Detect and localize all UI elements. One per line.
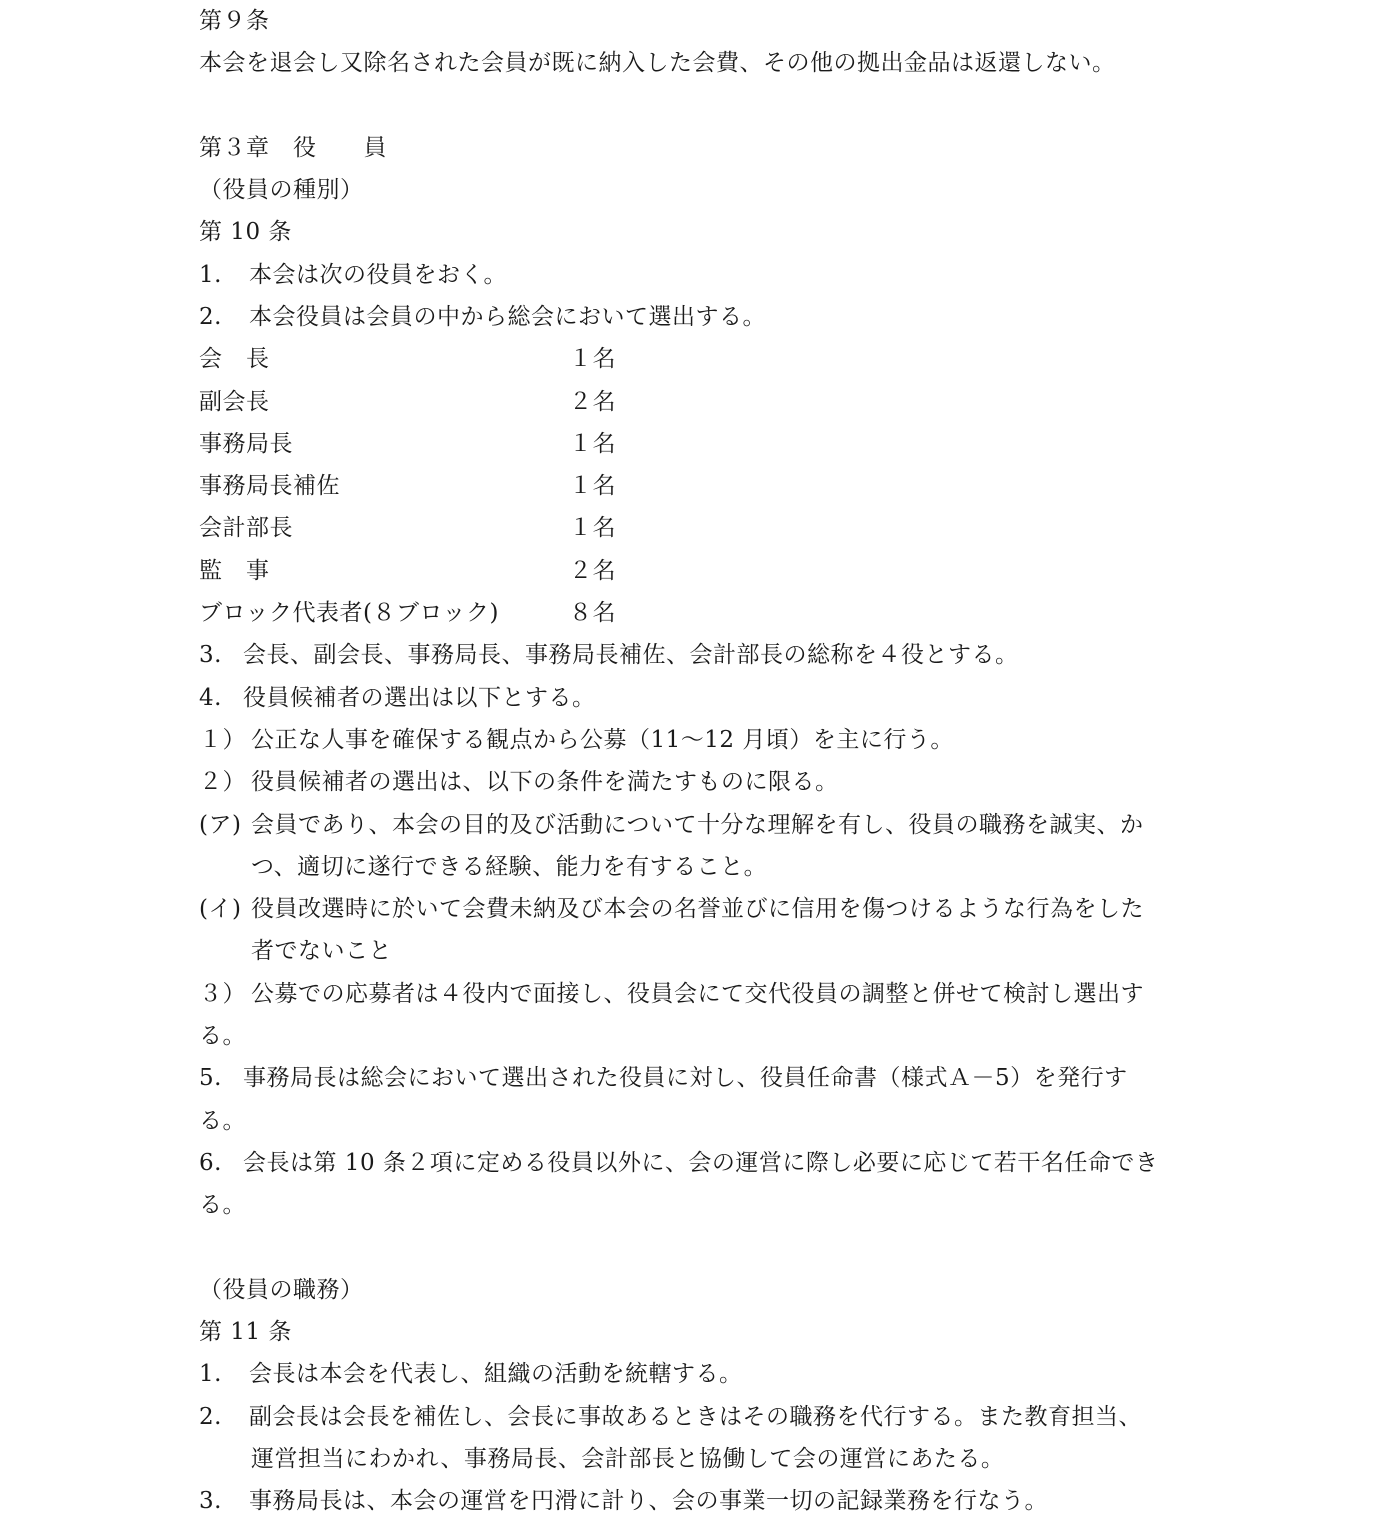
article-11-item-3: 3.事務局長は、本会の運営を円滑に計り、会の事業一切の記録業務を行なう。	[199, 1480, 1048, 1522]
role-row: 監 事２名	[199, 550, 616, 592]
role-name: 副会長	[199, 381, 569, 423]
role-row: 副会長２名	[199, 381, 616, 423]
role-count: １名	[569, 431, 616, 457]
article-9-text: 本会を退会し又除名された会員が既に納入した会費、その他の拠出金品は返還しない。	[199, 42, 1116, 84]
item-number: 1.	[199, 254, 249, 296]
article-11-item-1: 1.会長は本会を代表し、組織の活動を統轄する。	[199, 1353, 743, 1395]
article-10-caption: （役員の種別）	[199, 169, 364, 211]
article-10-item-4: 4.役員候補者の選出は以下とする。	[199, 677, 596, 719]
role-row: 事務局長１名	[199, 423, 616, 465]
article-10-sub-3-continued: る。	[199, 1015, 246, 1057]
condition-text: 会員であり、本会の目的及び活動について十分な理解を有し、役員の職務を誠実、か	[251, 812, 1144, 838]
article-11-item-2-continued: 運営担当にわかれ、事務局長、会計部長と協働して会の運営にあたる。	[199, 1438, 1004, 1480]
article-10-heading: 第 10 条	[199, 211, 292, 253]
item-text: 事務局長は総会において選出された役員に対し、役員任命書（様式Ａ－5）を発行す	[243, 1065, 1128, 1091]
sub-number: ３）	[199, 973, 251, 1015]
item-text: 副会長は会長を補佐し、会長に事故あるときはその職務を代行する。また教育担当、	[249, 1404, 1142, 1430]
item-number: 2.	[199, 296, 249, 338]
article-9-heading: 第９条	[199, 0, 270, 42]
item-number: 4.	[199, 677, 243, 719]
item-text: 会長は本会を代表し、組織の活動を統轄する。	[249, 1361, 743, 1387]
article-10-item-3: 3.会長、副会長、事務局長、事務局長補佐、会計部長の総称を４役とする。	[199, 634, 1019, 676]
article-10-item-6: 6.会長は第 10 条２項に定める役員以外に、会の運営に際し必要に応じて若干名任…	[199, 1142, 1158, 1184]
sub-number: １）	[199, 719, 251, 761]
item-number: 3.	[199, 634, 243, 676]
condition-a: (ア)会員であり、本会の目的及び活動について十分な理解を有し、役員の職務を誠実、…	[199, 804, 1144, 846]
item-text: 会長、副会長、事務局長、事務局長補佐、会計部長の総称を４役とする。	[243, 642, 1019, 668]
condition-i: (イ)役員改選時に於いて会費未納及び本会の名誉並びに信用を傷つけるような行為をし…	[199, 888, 1144, 930]
role-name: 会計部長	[199, 507, 569, 549]
item-number: 2.	[199, 1396, 249, 1438]
condition-label: (ア)	[199, 804, 251, 846]
article-10-item-2: 2.本会役員は会員の中から総会において選出する。	[199, 296, 766, 338]
role-row: 事務局長補佐１名	[199, 465, 616, 507]
role-count: １名	[569, 473, 616, 499]
sub-number: ２）	[199, 761, 251, 803]
condition-i-continued: 者でないこと	[199, 930, 392, 972]
article-10-item-6-continued: る。	[199, 1184, 246, 1226]
role-count: ２名	[569, 558, 616, 584]
article-10-item-5: 5.事務局長は総会において選出された役員に対し、役員任命書（様式Ａ－5）を発行す	[199, 1057, 1128, 1099]
role-name: ブロック代表者(８ブロック)	[199, 592, 569, 634]
condition-a-continued: つ、適切に遂行できる経験、能力を有すること。	[199, 846, 767, 888]
item-text: 事務局長は、本会の運営を円滑に計り、会の事業一切の記録業務を行なう。	[249, 1488, 1048, 1514]
item-text: 会長は第 10 条２項に定める役員以外に、会の運営に際し必要に応じて若干名任命で…	[243, 1150, 1158, 1176]
item-number: 6.	[199, 1142, 243, 1184]
role-name: 事務局長補佐	[199, 465, 569, 507]
article-11-heading: 第 11 条	[199, 1311, 292, 1353]
article-11-item-2: 2.副会長は会長を補佐し、会長に事故あるときはその職務を代行する。また教育担当、	[199, 1396, 1142, 1438]
sub-text: 役員候補者の選出は、以下の条件を満たすものに限る。	[251, 769, 839, 795]
article-10-sub-1: １）公正な人事を確保する観点から公募（11～12 月頃）を主に行う。	[199, 719, 954, 761]
sub-text: 公正な人事を確保する観点から公募（11～12 月頃）を主に行う。	[251, 727, 954, 753]
role-count: １名	[569, 346, 616, 372]
role-row: ブロック代表者(８ブロック)８名	[199, 592, 616, 634]
item-number: 5.	[199, 1057, 243, 1099]
condition-text: 役員改選時に於いて会費未納及び本会の名誉並びに信用を傷つけるような行為をした	[251, 896, 1144, 922]
item-text: 役員候補者の選出は以下とする。	[243, 685, 596, 711]
role-name: 会 長	[199, 338, 569, 380]
article-10-item-5-continued: る。	[199, 1100, 246, 1142]
role-name: 監 事	[199, 550, 569, 592]
role-count: ２名	[569, 389, 616, 415]
article-10-sub-2: ２）役員候補者の選出は、以下の条件を満たすものに限る。	[199, 761, 839, 803]
item-number: 3.	[199, 1480, 249, 1522]
item-text: 本会役員は会員の中から総会において選出する。	[249, 304, 766, 330]
role-row: 会 長１名	[199, 338, 616, 380]
item-number: 1.	[199, 1353, 249, 1395]
article-10-sub-3: ３）公募での応募者は４役内で面接し、役員会にて交代役員の調整と併せて検討し選出す	[199, 973, 1144, 1015]
role-name: 事務局長	[199, 423, 569, 465]
sub-text: 公募での応募者は４役内で面接し、役員会にて交代役員の調整と併せて検討し選出す	[251, 981, 1144, 1007]
role-count: １名	[569, 515, 616, 541]
article-11-caption: （役員の職務）	[199, 1269, 364, 1311]
condition-label: (イ)	[199, 888, 251, 930]
role-count: ８名	[569, 600, 616, 626]
chapter-3-heading: 第３章 役 員	[199, 127, 387, 169]
article-10-item-1: 1.本会は次の役員をおく。	[199, 254, 507, 296]
role-row: 会計部長１名	[199, 507, 616, 549]
item-text: 本会は次の役員をおく。	[249, 262, 507, 288]
